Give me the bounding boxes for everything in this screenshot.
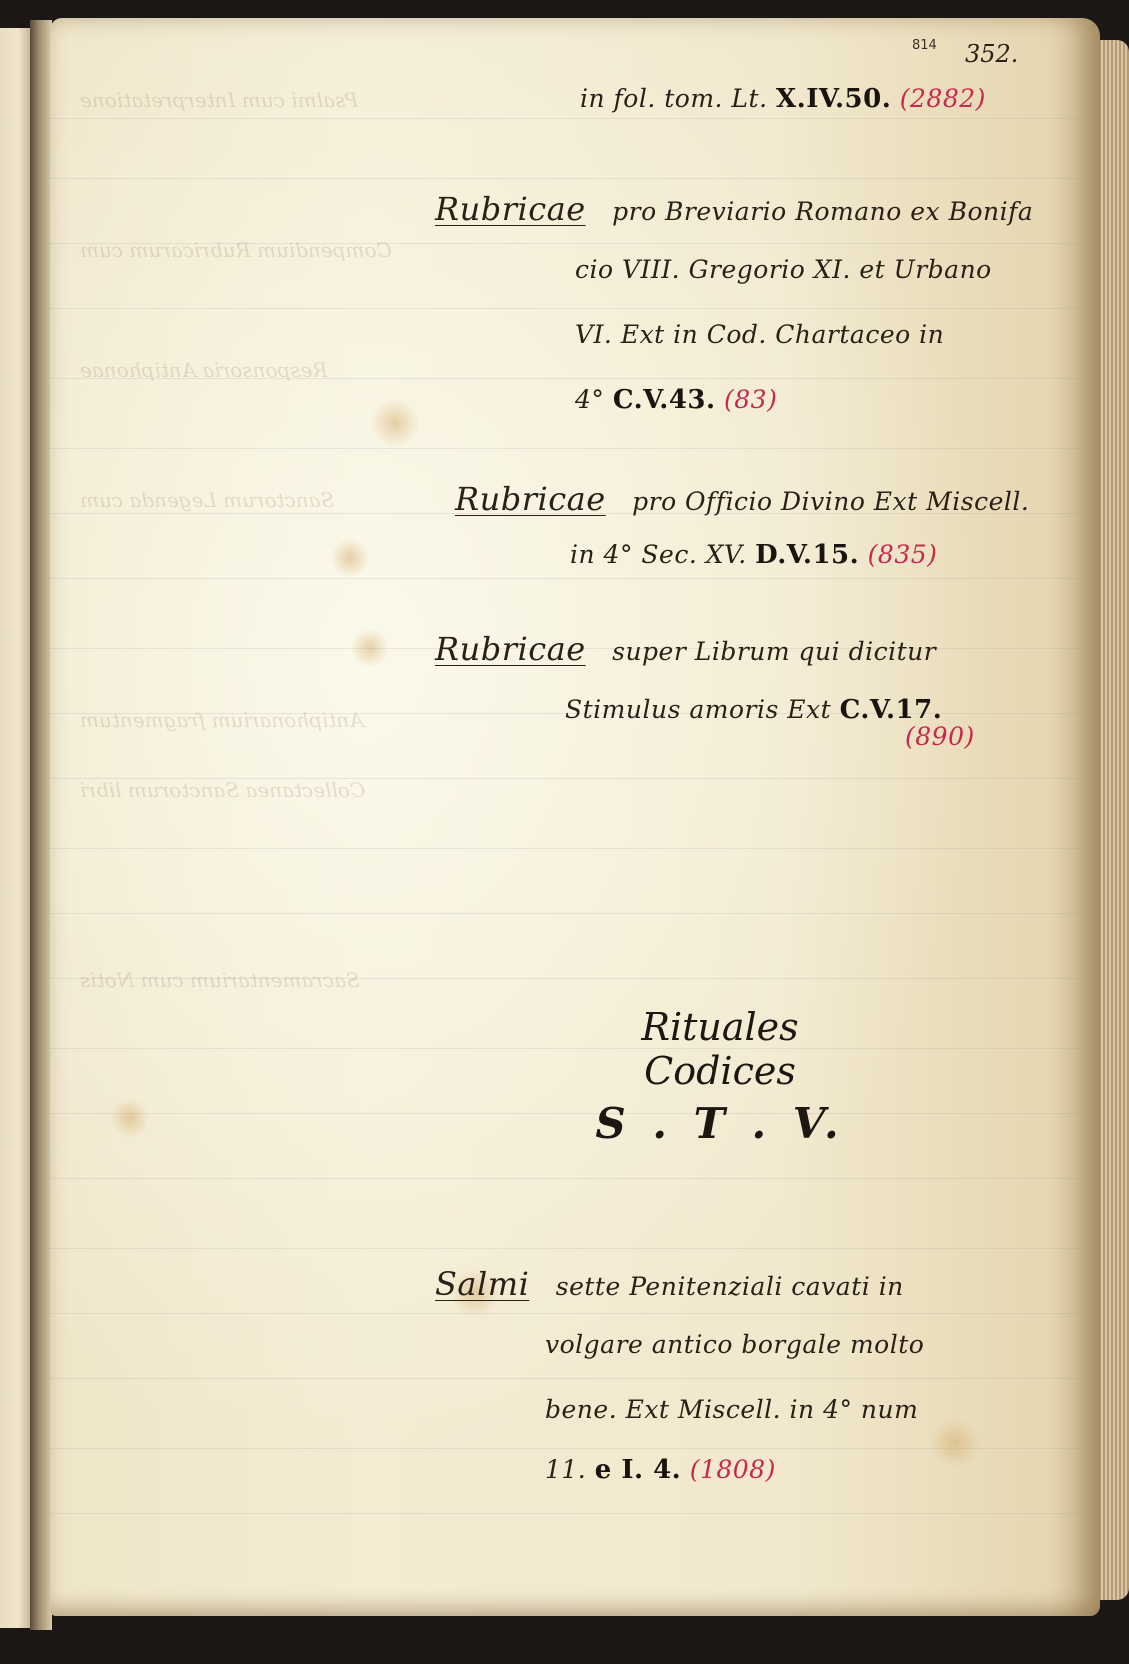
left-page-edge: [0, 28, 30, 1628]
entry-text: pro Officio Divino Ext Miscell.: [632, 487, 1029, 516]
entry-text: sette Penitenziali cavati in: [556, 1272, 904, 1301]
shelfmark: D.V.15.: [755, 540, 859, 570]
catalogue-number: (890): [905, 722, 975, 751]
entry-continuation-line: in fol. tom. Lt. X.IV.50. (2882): [580, 84, 986, 114]
section-letters: S . T . V.: [560, 1099, 880, 1148]
ruled-line: [50, 1378, 1080, 1379]
entry-line: volgare antico borgale molto: [545, 1330, 924, 1359]
catalogue-number: (2882): [900, 84, 986, 113]
ruled-line: [50, 448, 1080, 449]
entry-text: Stimulus amoris Ext: [565, 695, 831, 724]
catalogue-number: (1808): [690, 1455, 776, 1484]
show-through-text: Sanctorum Legenda cum: [80, 488, 334, 512]
show-through-text: Compendium Rubricarum cum: [80, 238, 392, 262]
entry-line: cio VIII. Gregorio XI. et Urbano: [575, 255, 992, 284]
show-through-text: Collectanea Sanctorum libri: [80, 778, 365, 802]
book-gutter: [30, 20, 52, 1630]
entry-text: in fol. tom. Lt.: [580, 84, 768, 113]
foxing-stain: [110, 1098, 150, 1138]
ruled-line: [50, 913, 1080, 914]
entry-salmi: Salmi sette Penitenziali cavati in: [435, 1265, 904, 1303]
shelfmark: X.IV.50.: [776, 84, 891, 114]
ruled-line: [50, 1448, 1080, 1449]
entry-text: 4°: [575, 385, 604, 414]
show-through-text: Psalmi cum Interpretatione: [80, 88, 358, 112]
entry-line: 4° C.V.43. (83): [575, 385, 777, 415]
foxing-stain: [370, 398, 420, 448]
ruled-line: [50, 1178, 1080, 1179]
section-title-text: Rituales Codices: [560, 1005, 880, 1093]
catalogue-number: (83): [724, 385, 777, 414]
catalogue-number: (835): [868, 540, 938, 569]
ruled-line: [50, 1513, 1080, 1514]
entry-text: in 4° Sec. XV.: [570, 540, 747, 569]
ruled-line: [50, 118, 1080, 119]
ruled-line: [50, 578, 1080, 579]
ruled-line: [50, 308, 1080, 309]
entry-rubricae-officio: Rubricae pro Officio Divino Ext Miscell.: [455, 480, 1029, 518]
entry-line: in 4° Sec. XV. D.V.15. (835): [570, 540, 937, 570]
foxing-stain: [350, 628, 390, 668]
entry-text: pro Breviario Romano ex Bonifa: [612, 197, 1033, 226]
entry-line: VI. Ext in Cod. Chartaceo in: [575, 320, 944, 349]
entry-line: bene. Ext Miscell. in 4° num: [545, 1395, 918, 1424]
ruled-line: [50, 1313, 1080, 1314]
entry-rubricae-breviario: Rubricae pro Breviario Romano ex Bonifa: [435, 190, 1033, 228]
ruled-line: [50, 848, 1080, 849]
show-through-text: Sacramentarium cum Notis: [80, 968, 360, 992]
entry-line: Stimulus amoris Ext C.V.17.: [565, 695, 942, 725]
entry-heading: Salmi: [435, 1265, 529, 1303]
show-through-text: Antiphonarium fragmentum: [80, 708, 364, 732]
entry-rubricae-stimulus: Rubricae super Librum qui dicitur: [435, 630, 936, 668]
shelfmark: C.V.17.: [840, 695, 943, 725]
entry-text: 11.: [545, 1455, 586, 1484]
shelfmark: e I. 4.: [595, 1455, 682, 1485]
fore-edge: [1099, 40, 1129, 1600]
page-number-secondary: 814: [912, 38, 937, 53]
ruled-line: [50, 178, 1080, 179]
ruled-line: [50, 1248, 1080, 1249]
entry-heading: Rubricae: [455, 480, 606, 518]
entry-text: super Librum qui dicitur: [612, 637, 936, 666]
page-number: 352.: [965, 40, 1018, 68]
show-through-text: Responsoria Antiphonae: [80, 358, 328, 382]
entry-heading: Rubricae: [435, 630, 586, 668]
entry-heading: Rubricae: [435, 190, 586, 228]
entry-line: 11. e I. 4. (1808): [545, 1455, 776, 1485]
foxing-stain: [330, 538, 370, 578]
shelfmark: C.V.43.: [613, 385, 716, 415]
foxing-stain: [930, 1418, 980, 1468]
section-title: Rituales Codices S . T . V.: [560, 1005, 880, 1148]
